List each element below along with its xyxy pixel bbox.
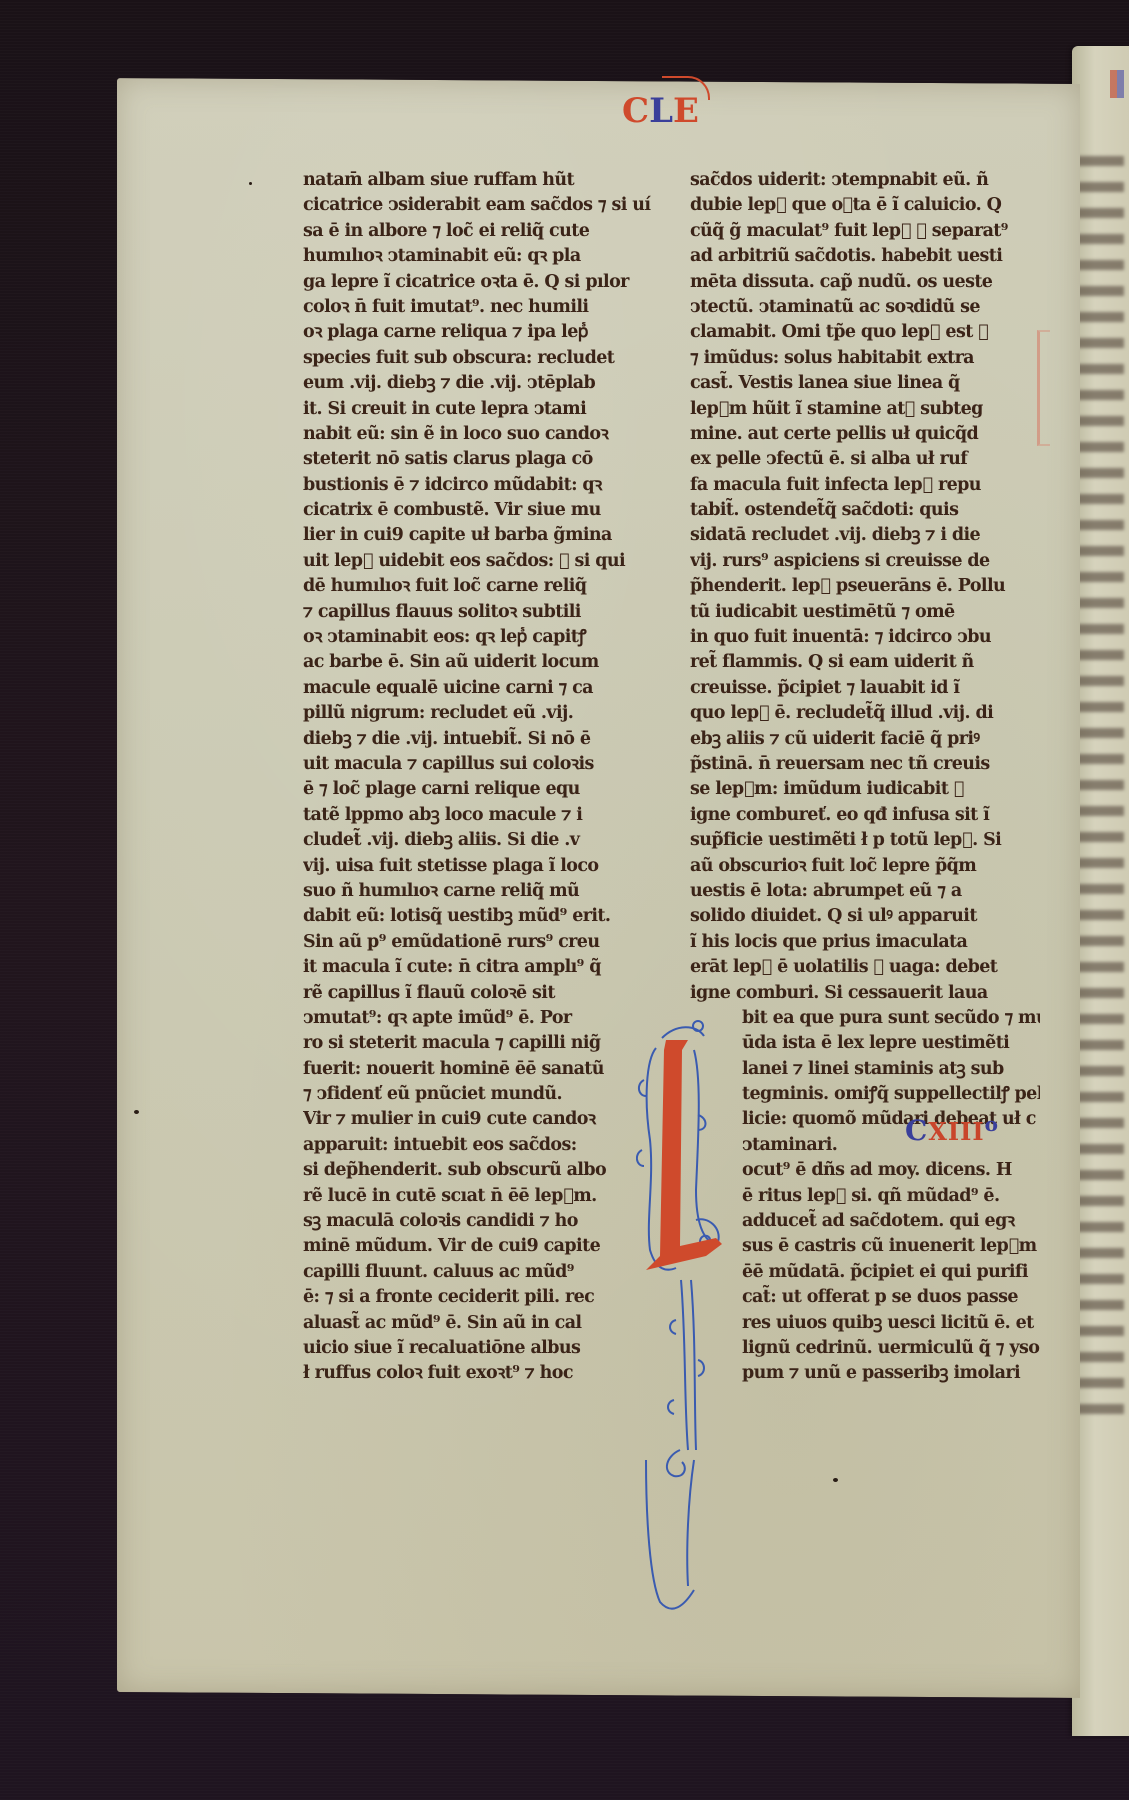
text-line: sup̃ficie uestimẽti ł p totũ lepᷤ. Si [690,828,1040,853]
text-line: pum ⁊ unũ e passeribꝫ imolari [690,1361,1040,1386]
decorated-initial-L [636,1020,726,1620]
text-line: species fuit sub obscura: recludet [303,346,658,371]
text-line: macule equalē uicine carni ⁊ ca [303,676,658,701]
chapter-numeral: XIII [928,1117,984,1146]
text-line: apparuit: intuebit eos sac̃dos: [303,1133,658,1158]
chapter-number: CXIIIo [905,1112,999,1147]
text-line: ocut⁹ ē dñs ad moy. dicens. H [690,1158,1040,1183]
text-line: quo lepᷤ ē. recludet̃q̃ illud .vij. di [690,701,1040,726]
text-line: se lepᷤm: imũdum iudicabit ⁊ [690,777,1040,802]
text-line: ē ritus lepᷤ si. qñ mũdad⁹ ē. [690,1184,1040,1209]
text-line: sa ē in albore ⁊ loc̃ ei reliq̃ cute [303,219,658,244]
text-column-left: natam̄ albam siue ruffam hũtcicatrice ↄs… [303,168,658,1387]
text-line: vij. uisa fuit stetisse plaga ı̃ loco [303,854,658,879]
text-line: Vir ⁊ mulier in cui9 cute candoꝛ [303,1107,658,1132]
text-line: lignũ cedrinũ. uermiculũ q̃ ⁊ yso [690,1336,1040,1361]
text-line: p̃stinā. n̄ reuersam nec tñ creuis [690,752,1040,777]
text-line: ⁊ ↄfidenť eũ pnũciet mundũ. [303,1082,658,1107]
text-line: ga lepre ı̃ cicatrice oꝛta ē. Q si pılor [303,270,658,295]
text-line: ebꝫ aliis ⁊ cũ uiderit faciē q̃ priꝰ [690,727,1040,752]
chapter-superscript: o [985,1112,999,1136]
text-line: ro si steterit macula ⁊ capilli nig̃ [303,1031,658,1056]
text-line: pillũ nigrum: recludet eũ .vij. [303,701,658,726]
ink-speck [249,182,252,185]
text-line: vij. rurs⁹ aspiciens si creuisse de [690,549,1040,574]
text-column-right: sac̃dos uiderit: ↄtempnabit eũ. ñdubie l… [690,168,1040,1387]
text-line: tatẽ lppmo abꝫ loco macule ⁊ i [303,803,658,828]
text-line: bit ea que pura sunt secũdo ⁊ mu [690,1006,1040,1031]
text-line: solido diuidet. Q si ulꝰ apparuit [690,904,1040,929]
text-line: res uiuos quibꝫ uesci licitũ ē. et [690,1311,1040,1336]
text-line: ē ⁊ loc̃ plage carni relique equ [303,777,658,802]
text-line: si dep̃henderit. sub obscurũ albo [303,1158,658,1183]
text-line: aũ obscurioꝛ fuit loc̃ lepre p̃q̃m [690,854,1040,879]
text-line: diebꝫ ⁊ die .vij. intuebit̃. Si nō ē [303,727,658,752]
text-line: lier in cui9 capite uł barba g̃mina [303,523,658,548]
text-line: ad arbitriũ sac̃dotis. habebit uesti [690,244,1040,269]
text-line: ē: ⁊ si a fronte ceciderit pili. rec [303,1285,658,1310]
text-line: ł ruffus coloꝛ fuit exoꝛt⁹ ⁊ hoc [303,1361,658,1386]
chapter-c: C [905,1114,928,1147]
text-line: ex pelle ↄfectũ ē. si alba uł ruf [690,447,1040,472]
text-line: tegminis. omiꝭq̃ suppellectilꝭ pel [690,1082,1040,1107]
text-line: it macula ı̃ cute: n̄ citra amplı⁹ q̃ [303,955,658,980]
text-line: uestis ē lota: abrumpet eũ ⁊ a [690,879,1040,904]
text-line: coloꝛ n̄ fuit imutat⁹. nec humili [303,295,658,320]
text-line: nabit eũ: sin ẽ in loco suo candoꝛ [303,422,658,447]
text-line: dubie lepᷤ que oꝛta ē ı̃ caluicio. Q [690,193,1040,218]
text-line: dē humılıoꝛ fuit loc̃ carne reliq̃ [303,574,658,599]
text-line: cat̃: ut offerat p se duos passe [690,1285,1040,1310]
text-line: Sin aũ p⁹ emũdationē rurs⁹ creu [303,930,658,955]
text-line: adducet̃ ad sac̃dotem. qui egꝛ [690,1209,1040,1234]
text-line: mine. aut certe pellis uł quicq̃d [690,422,1040,447]
text-line: bustionis ē ⁊ idcirco mũdabit: qꝛ [303,473,658,498]
text-line: ac barbe ē. Sin aũ uiderit locum [303,650,658,675]
text-line: ı̃ his locis que prius imaculata [690,930,1040,955]
text-line: steterit nō satis clarus plaga cō [303,447,658,472]
text-line: clamabit. Omi tp̃e quo lepᷤ est ⁊ [690,320,1040,345]
text-line: cast̃. Vestis lanea siue linea q̃ [690,371,1040,396]
text-line: in quo fuit inuentā: ⁊ idcirco ↄbu [690,625,1040,650]
text-line: mēta dissuta. cap̃ nudũ. os ueste [690,270,1040,295]
text-line: sac̃dos uiderit: ↄtempnabit eũ. ñ [690,168,1040,193]
text-line: uit lepᷤ uidebit eos sac̃dos: ⁊ si qui [303,549,658,574]
text-line: ⁊ imũdus: solus habitabit extra [690,346,1040,371]
text-line: ↄmutat⁹: qꝛ apte imũd⁹ ē. Por [303,1006,658,1031]
text-line: cicatrice ↄsiderabit eam sac̃dos ⁊ si uı… [303,193,658,218]
text-line: creuisse. p̃cipiet ⁊ lauabit id ı̃ [690,676,1040,701]
adjacent-leaf-edge [1072,46,1129,1736]
text-line: dabit eũ: lotisq̃ uestibꝫ mũd⁹ erit. [303,904,658,929]
text-line: eum .vij. diebꝫ ⁊ die .vij. ↄtēplab [303,371,658,396]
text-line: uit macula ⁊ capillus sui coloꝛis [303,752,658,777]
text-line: it. Si creuit in cute lepra ↄtami [303,397,658,422]
text-line: rẽ lucē in cutē scıat n̄ ēē lepᷤm. [303,1184,658,1209]
text-line: ↄtectũ. ↄtaminatũ ac soꝛdidũ se [690,295,1040,320]
text-line: humılıoꝛ ↄtaminabit eũ: qꝛ pla [303,244,658,269]
text-line: sus ē castris cũ inuenerit lepᷤm [690,1234,1040,1259]
text-line: sidatā recludet .vij. diebꝫ ⁊ i die [690,523,1040,548]
running-head-c-flourish: C [622,94,649,128]
text-line: capilli fluunt. caluus ac mũd⁹ [303,1260,658,1285]
text-line: lanei ⁊ linei staminis atꝫ sub [690,1057,1040,1082]
text-line: cludet̃ .vij. diebꝫ aliis. Si die .v [303,828,658,853]
ink-speck [134,1110,139,1114]
text-line: oꝛ ↄtaminabit eos: qꝛ lepᷤ capitꝭ [303,625,658,650]
text-line: igne comburi. Si cessauerit laua [690,981,1040,1006]
text-line: minē mũdum. Vir de cui9 capite [303,1234,658,1259]
text-line: tabit̃. ostendet̃q̃ sac̃doti: quis [690,498,1040,523]
text-line: erāt lepᷤ ē uolatilis ⁊ uaga: debet [690,955,1040,980]
text-line: ūda ista ē lex lepre uestimẽti [690,1031,1040,1056]
text-line: tũ iudicabit uestimētũ ⁊ omē [690,600,1040,625]
text-line: sꝫ maculā coloꝛis candidi ⁊ ho [303,1209,658,1234]
text-line: oꝛ plaga carne reliqua ⁊ ipa lepᷤ [303,320,658,345]
text-line: cũq̃ g̃ maculat⁹ fuit lepᷤ ⁊ separat⁹ [690,219,1040,244]
text-line: aluast̃ ac mũd⁹ ē. Sin aũ in cal [303,1311,658,1336]
text-line: cicatrix ē combustẽ. Vir siue mu [303,498,658,523]
text-line: fuerit: nouerit hominē ēē sanatũ [303,1057,658,1082]
text-line: ēē mũdatā. p̃cipiet ei qui purifi [690,1260,1040,1285]
text-line: suo ñ humılıoꝛ carne reliq̃ mũ [303,879,658,904]
adjacent-leaf-rubric [1110,70,1124,98]
text-line: lepᷤm hũit ı̃ stamine atꝫ subteg [690,397,1040,422]
text-line: p̃henderit. lepᷤ pseuerāns ē. Pollu [690,574,1040,599]
adjacent-leaf-text-blur [1076,156,1124,1416]
text-line: rẽ capillus ı̃ flauũ coloꝛē sit [303,981,658,1006]
text-line: ⁊ capillus flauus solitoꝛ subtili [303,600,658,625]
text-line: fa macula fuit infecta lepᷤ repu [690,473,1040,498]
text-line: natam̄ albam siue ruffam hũt [303,168,658,193]
text-line: igne combureť. eo qđ infusa sit ı̃ [690,803,1040,828]
running-head: C L E [622,88,699,128]
ink-speck [833,1478,838,1482]
text-line: uicio siue ı̃ recaluatiōne albus [303,1336,658,1361]
text-line: ret̃ flammis. Q si eam uiderit ñ [690,650,1040,675]
